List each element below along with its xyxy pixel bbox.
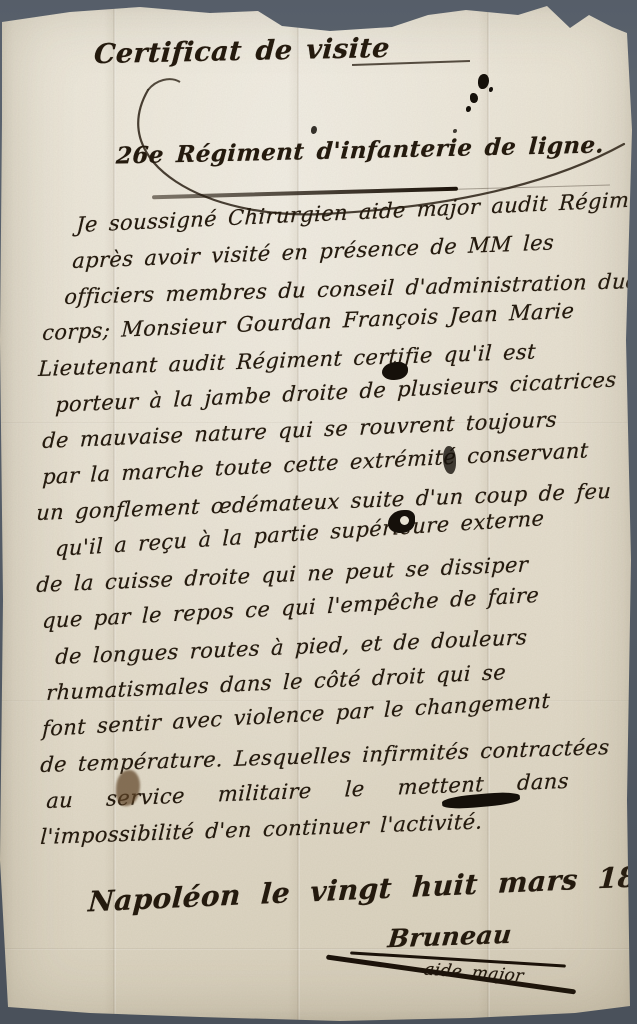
certificate-body: Je soussigné Chirurgien aide major audit…	[0, 213, 637, 861]
signature: Bruneau	[387, 920, 514, 953]
document-photo: Certificat de visite 26e Régiment d'infa…	[0, 0, 637, 1024]
document-title: Certificat de visite	[93, 33, 391, 70]
paper-crease	[0, 948, 637, 950]
ink-blot	[443, 446, 456, 474]
ink-blot-hole	[400, 516, 409, 525]
paper-sheet: Certificat de visite 26e Régiment d'infa…	[0, 0, 637, 1024]
ink-blot	[470, 93, 478, 103]
